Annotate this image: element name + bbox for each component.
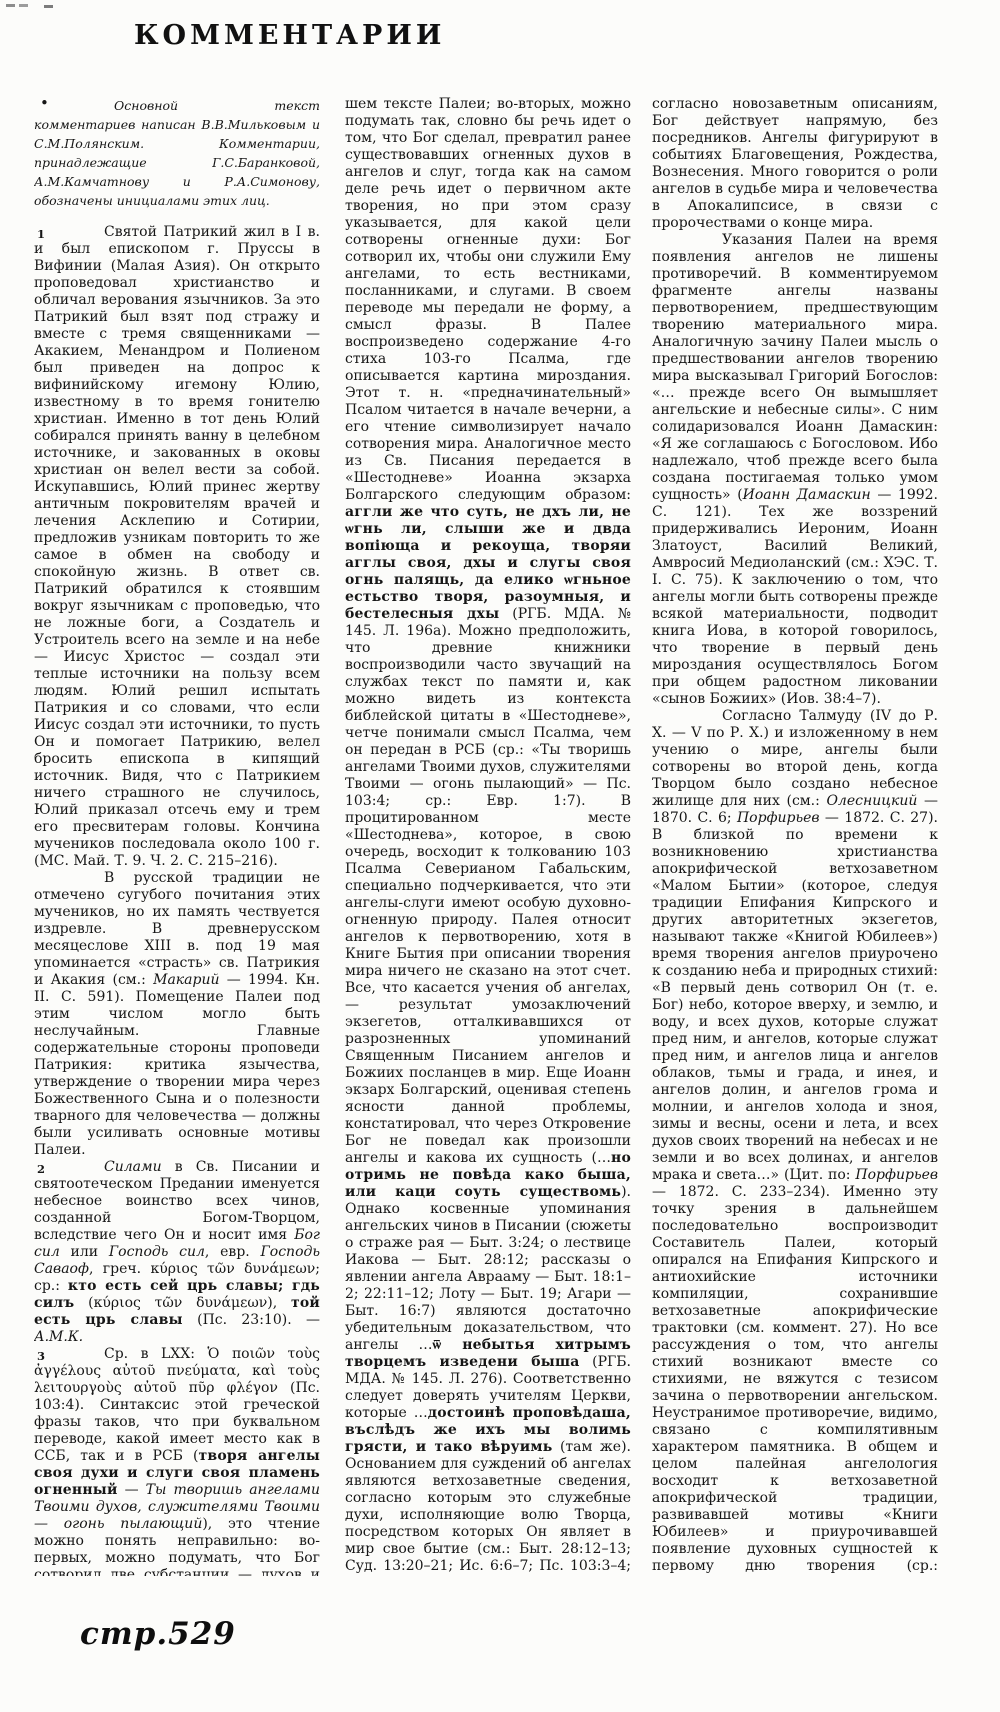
paragraph-palea-time: Указания Палеи на время появления ангело… <box>652 232 938 708</box>
paragraph-russian-tradition: В русской традиции не отмечено сугубого … <box>34 870 320 1159</box>
bullet-marker: • <box>40 96 49 113</box>
page-title: КОММЕНТАРИИ <box>134 20 445 51</box>
footnote-3-text: Ср. в LXX: Ὁ ποιῶν τοὺς ἀγγέλους αὐτοῦ π… <box>34 1346 320 1576</box>
paragraph-new-testament: согласно новозаветным описаниям, Бог дей… <box>652 96 938 232</box>
column-right: согласно новозаветным описаниям, Бог дей… <box>652 96 938 1576</box>
editorial-note: •Основной текст комментариев написан В.В… <box>34 96 320 210</box>
editorial-note-text: Основной текст комментариев написан В.В.… <box>34 98 320 208</box>
footnote-1-text: Святой Патрикий жил в I в. и был епископ… <box>34 224 320 869</box>
column-left: •Основной текст комментариев написан В.В… <box>34 96 320 1576</box>
paragraph-new-testament-text: согласно новозаветным описаниям, Бог дей… <box>652 96 938 231</box>
paragraph-russian-tradition-text: В русской традиции не отмечено сугубого … <box>34 870 320 1158</box>
footnote-2-number: 2 <box>37 1161 45 1178</box>
page-number: стр.529 <box>80 1616 236 1652</box>
column-middle: шем тексте Палеи; во-вторых, можно подум… <box>345 96 631 1576</box>
footnote-1-number: 1 <box>37 226 45 243</box>
paragraph-talmud-text: Согласно Талмуду (IV до Р. Х. — V по Р. … <box>652 708 938 1576</box>
column-middle-flow: шем тексте Палеи; во-вторых, можно подум… <box>345 96 631 1576</box>
footnote-2: 2Силами в Св. Писании и святоотеческом П… <box>34 1159 320 1346</box>
footnote-1: 1Святой Патрикий жил в I в. и был еписко… <box>34 224 320 870</box>
paragraph-talmud: Согласно Талмуду (IV до Р. Х. — V по Р. … <box>652 708 938 1576</box>
scan-artifact <box>6 4 15 7</box>
column-middle-text: шем тексте Палеи; во-вторых, можно подум… <box>345 96 631 1576</box>
footnote-3: 3Ср. в LXX: Ὁ ποιῶν τοὺς ἀγγέλους αὐτοῦ … <box>34 1346 320 1576</box>
footnote-2-text: Силами в Св. Писании и святоотеческом Пр… <box>34 1159 320 1345</box>
paragraph-palea-time-text: Указания Палеи на время появления ангело… <box>652 232 938 707</box>
footnote-3-number: 3 <box>37 1348 45 1365</box>
